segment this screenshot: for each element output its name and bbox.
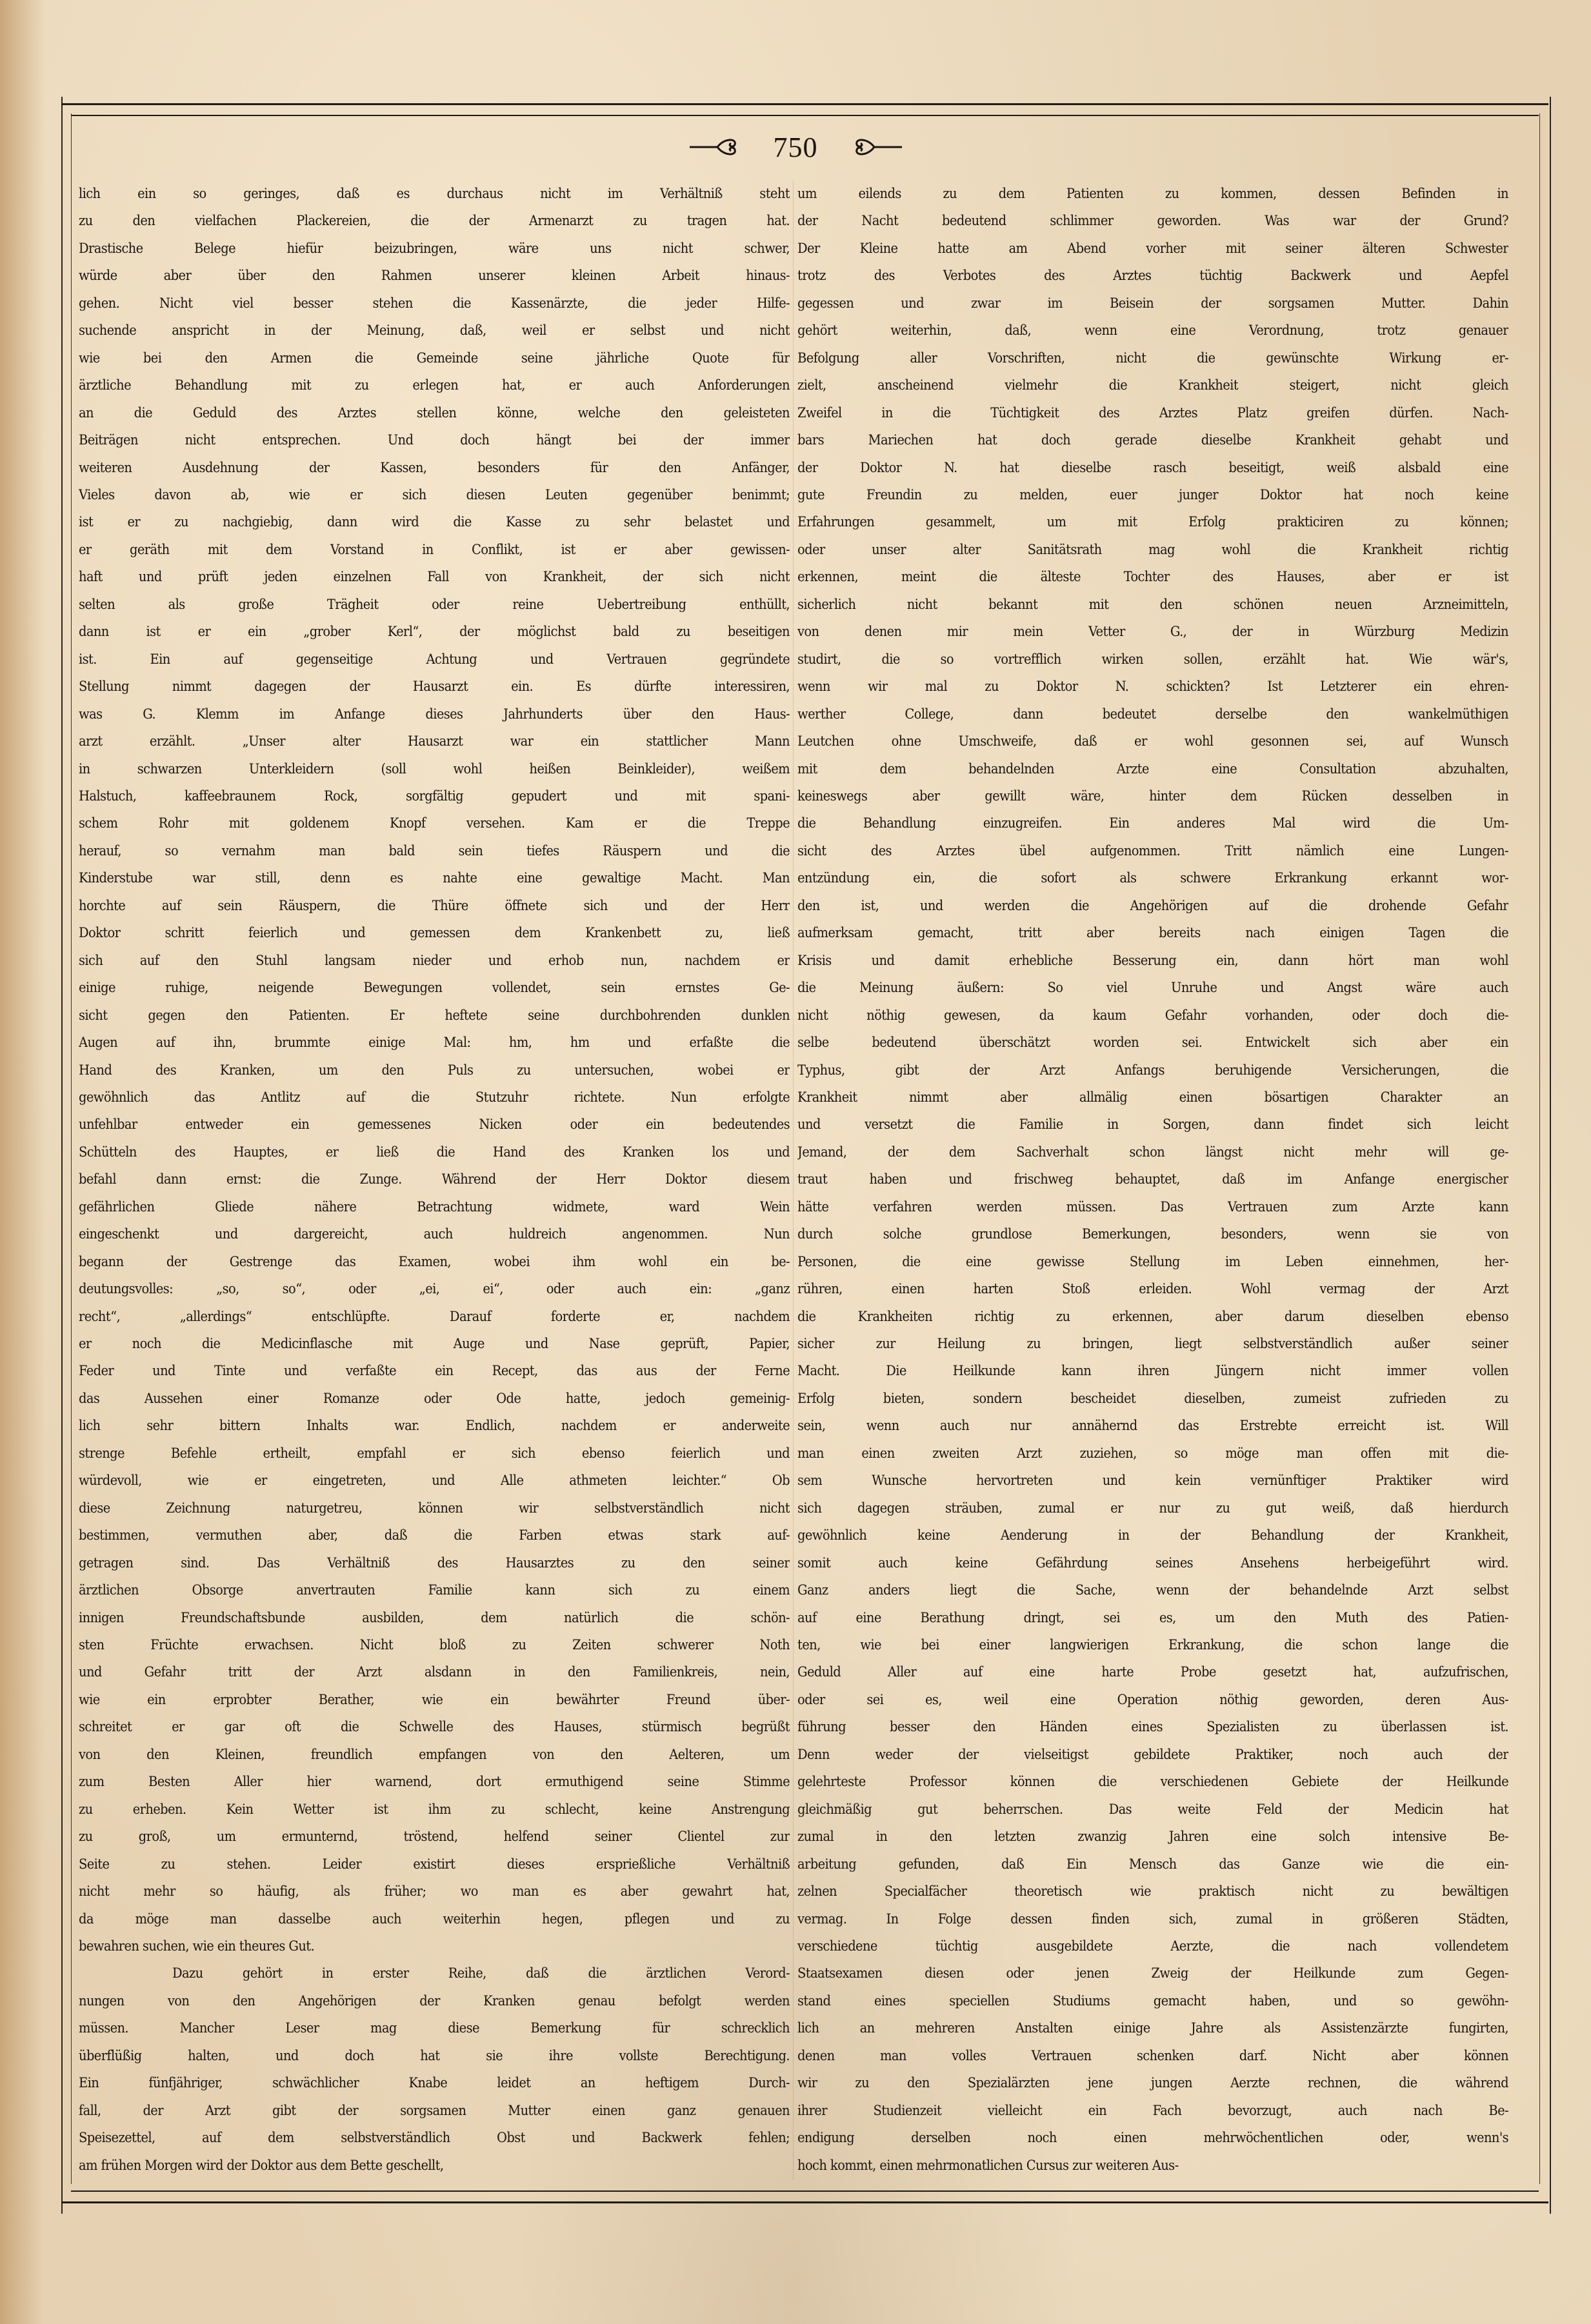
text-line: zu groß, um ermunternd, tröstend, helfen…	[79, 1823, 790, 1851]
text-line: gewöhnlich das Antlitz auf die Stutzuhr …	[79, 1084, 790, 1111]
text-line: und versetzt die Familie in Sorgen, dann…	[797, 1111, 1508, 1138]
text-line: horchte auf sein Räuspern, die Thüre öff…	[79, 893, 790, 920]
text-line: gefährlichen Gliede nähere Betrachtung w…	[79, 1194, 790, 1221]
text-line: studirt, die so vortrefflich wirken soll…	[797, 646, 1508, 673]
text-line: Vieles davon ab, wie er sich diesen Leut…	[79, 482, 790, 509]
text-line: aufmerksam gemacht, tritt aber bereits n…	[797, 920, 1508, 947]
text-line: lich an mehreren Anstalten einige Jahre …	[797, 2015, 1508, 2042]
text-line: Schütteln des Hauptes, er ließ die Hand …	[79, 1139, 790, 1166]
text-line: sem Wunsche hervortreten und kein vernün…	[797, 1467, 1508, 1495]
text-line: gehen. Nicht viel besser stehen die Kass…	[79, 290, 790, 317]
text-line: hätte verfahren werden müssen. Das Vertr…	[797, 1194, 1508, 1221]
text-line: in schwarzen Unterkleidern (soll wohl he…	[79, 756, 790, 783]
text-line: Geduld Aller auf eine harte Probe gesetz…	[797, 1659, 1508, 1686]
text-line: sicht des Arztes übel aufgenommen. Tritt…	[797, 838, 1508, 865]
text-line: überflüßig halten, und doch hat sie ihre…	[79, 2043, 790, 2070]
text-line: entzündung ein, die sofort als schwere E…	[797, 865, 1508, 892]
text-line: lich sehr bittern Inhalts war. Endlich, …	[79, 1413, 790, 1440]
text-column-right: um eilends zu dem Patienten zu kommen, d…	[797, 181, 1508, 2180]
text-line: nicht nöthig gewesen, da kaum Gefahr vor…	[797, 1002, 1508, 1029]
text-line: rühren, einen harten Stoß erleiden. Wohl…	[797, 1276, 1508, 1303]
text-line: von denen mir mein Vetter G., der in Wür…	[797, 619, 1508, 646]
text-line: Krisis und damit erhebliche Besserung ei…	[797, 948, 1508, 975]
text-line: Kinderstube war still, denn es nahte ein…	[79, 865, 790, 892]
text-line: gewöhnlich keine Aenderung in der Behand…	[797, 1522, 1508, 1549]
text-line: Hand des Kranken, um den Puls zu untersu…	[79, 1057, 790, 1084]
text-line: sicher zur Heilung zu bringen, liegt sel…	[797, 1331, 1508, 1358]
page-header: 750	[0, 128, 1591, 166]
text-line: am frühen Morgen wird der Doktor aus dem…	[79, 2152, 790, 2180]
text-line: verschiedene tüchtig ausgebildete Aerzte…	[797, 1933, 1508, 1960]
text-line: zumal in den letzten zwanzig Jahren eine…	[797, 1823, 1508, 1851]
fleuron-left-icon	[688, 134, 746, 160]
text-line: sich auf den Stuhl langsam nieder und er…	[79, 948, 790, 975]
text-line: der Nacht bedeutend schlimmer geworden. …	[797, 208, 1508, 235]
text-line: recht“, „allerdings“ entschlüpfte. Darau…	[79, 1304, 790, 1331]
top-rule-outer	[61, 103, 1548, 105]
text-line: an die Geduld des Arztes stellen könne, …	[79, 400, 790, 427]
text-line: wie ein erprobter Berather, wie ein bewä…	[79, 1687, 790, 1714]
text-line: zum Besten Aller hier warnend, dort ermu…	[79, 1769, 790, 1796]
text-line: vermag. In Folge dessen finden sich, zum…	[797, 1906, 1508, 1933]
text-line: ärztlichen Obsorge anvertrauten Familie …	[79, 1577, 790, 1604]
text-line: um eilends zu dem Patienten zu kommen, d…	[797, 181, 1508, 208]
text-line: traut haben und frischweg behauptet, daß…	[797, 1166, 1508, 1193]
text-line: unfehlbar entweder ein gemessenes Nicken…	[79, 1111, 790, 1138]
text-line: endigung derselben noch einen mehrwöchen…	[797, 2125, 1508, 2152]
text-line: Doktor schritt feierlich und gemessen de…	[79, 920, 790, 947]
text-line: Ganz anders liegt die Sache, wenn der be…	[797, 1577, 1508, 1604]
text-line: Jemand, der dem Sachverhalt schon längst…	[797, 1139, 1508, 1166]
text-line: selbe bedeutend überschätzt worden sei. …	[797, 1029, 1508, 1057]
text-line: gehört weiterhin, daß, wenn eine Verordn…	[797, 317, 1508, 344]
text-line: und Gefahr tritt der Arzt alsdann in den…	[79, 1659, 790, 1686]
text-line: von den Kleinen, freundlich empfangen vo…	[79, 1742, 790, 1769]
text-line: Krankheit nimmt aber allmälig einen bösa…	[797, 1084, 1508, 1111]
text-line: zu den vielfachen Plackereien, die der A…	[79, 208, 790, 235]
text-line: oder unser alter Sanitätsrath mag wohl d…	[797, 537, 1508, 564]
text-line: trotz des Verbotes des Arztes tüchtig Ba…	[797, 263, 1508, 290]
text-line: durch solche grundlose Bemerkungen, beso…	[797, 1221, 1508, 1248]
text-line: schreitet er gar oft die Schwelle des Ha…	[79, 1714, 790, 1741]
text-line: nicht mehr so häufig, als früher; wo man…	[79, 1878, 790, 1905]
text-line: arzt erzählt. „Unser alter Hausarzt war …	[79, 728, 790, 755]
text-line: Drastische Belege hiefür beizubringen, w…	[79, 235, 790, 263]
text-line: Denn weder der vielseitigst gebildete Pr…	[797, 1742, 1508, 1769]
text-line: gegessen und zwar im Beisein der sorgsam…	[797, 290, 1508, 317]
text-line: der Doktor N. hat dieselbe rasch beseiti…	[797, 455, 1508, 482]
text-line: würdevoll, wie er eingetreten, und Alle …	[79, 1467, 790, 1495]
text-line: lich ein so geringes, daß es durchaus ni…	[79, 181, 790, 208]
text-line: was G. Klemm im Anfange dieses Jahrhunde…	[79, 701, 790, 728]
text-line: er noch die Medicinflasche mit Auge und …	[79, 1331, 790, 1358]
text-line: somit auch keine Gefährdung seines Anseh…	[797, 1550, 1508, 1577]
text-line: Speisezettel, auf dem selbstverständlich…	[79, 2125, 790, 2152]
text-line: keineswegs aber gewillt wäre, hinter dem…	[797, 783, 1508, 810]
text-line: die Krankheiten richtig zu erkennen, abe…	[797, 1304, 1508, 1331]
text-line: da möge man dasselbe auch weiterhin hege…	[79, 1906, 790, 1933]
text-line: Leutchen ohne Umschweife, daß er wohl ge…	[797, 728, 1508, 755]
text-line: das Aussehen einer Romanze oder Ode hatt…	[79, 1385, 790, 1413]
text-line: Seite zu stehen. Leider existirt dieses …	[79, 1851, 790, 1878]
text-line: führung besser den Händen eines Speziali…	[797, 1714, 1508, 1741]
text-line: Feder und Tinte und verfaßte ein Recept,…	[79, 1358, 790, 1385]
text-line: arbeitung gefunden, daß Ein Mensch das G…	[797, 1851, 1508, 1878]
text-line: wie bei den Armen die Gemeinde seine jäh…	[79, 345, 790, 372]
bottom-rule-inner	[71, 2190, 1539, 2192]
text-line: die Behandlung einzugreifen. Ein anderes…	[797, 810, 1508, 837]
text-line: Stellung nimmt dagegen der Hausarzt ein.…	[79, 673, 790, 700]
text-line: ihrer Studienzeit vielleicht ein Fach be…	[797, 2098, 1508, 2125]
text-line: ist er zu nachgiebig, dann wird die Kass…	[79, 509, 790, 536]
text-line: fall, der Arzt gibt der sorgsamen Mutter…	[79, 2098, 790, 2125]
text-line: strenge Befehle ertheilt, empfahl er sic…	[79, 1440, 790, 1467]
text-line: dann ist er ein „grober Kerl“, der mögli…	[79, 619, 790, 646]
text-line: denen man volles Vertrauen schenken darf…	[797, 2043, 1508, 2070]
text-line: die Meinung äußern: So viel Unruhe und A…	[797, 975, 1508, 1002]
text-line: würde aber über den Rahmen unserer klein…	[79, 263, 790, 290]
column-divider	[793, 181, 794, 2180]
text-line: wenn wir mal zu Doktor N. schickten? Ist…	[797, 673, 1508, 700]
text-line: Staatsexamen diesen oder jenen Zweig der…	[797, 1960, 1508, 1987]
text-line: Erfahrungen gesammelt, um mit Erfolg pra…	[797, 509, 1508, 536]
text-line: haft und prüft jeden einzelnen Fall von …	[79, 564, 790, 591]
text-line: werther College, dann bedeutet derselbe …	[797, 701, 1508, 728]
text-line: sich dagegen sträuben, zumal er nur zu g…	[797, 1495, 1508, 1522]
text-line: ten, wie bei einer langwierigen Erkranku…	[797, 1632, 1508, 1659]
text-line: einige ruhige, neigende Bewegungen volle…	[79, 975, 790, 1002]
fleuron-right-icon	[845, 134, 903, 160]
text-line: sein, wenn auch nur annähernd das Erstre…	[797, 1413, 1508, 1440]
text-line: zelnen Specialfächer theoretisch wie pra…	[797, 1878, 1508, 1905]
text-line: innigen Freundschaftsbunde ausbilden, de…	[79, 1605, 790, 1632]
text-line: den ist, und werden die Angehörigen auf …	[797, 893, 1508, 920]
text-line: bewahren suchen, wie ein theures Gut.	[79, 1933, 790, 1960]
text-line: Erfolg bieten, sondern bescheidet diesel…	[797, 1385, 1508, 1413]
bottom-rule-outer	[61, 2201, 1548, 2203]
top-rule-inner	[71, 115, 1539, 116]
text-line: schem Rohr mit goldenem Knopf versehen. …	[79, 810, 790, 837]
text-line: gleichmäßig gut beherrschen. Das weite F…	[797, 1796, 1508, 1823]
text-line: er geräth mit dem Vorstand in Conflikt, …	[79, 537, 790, 564]
text-line: mit dem behandelnden Arzte eine Consulta…	[797, 756, 1508, 783]
text-line: Macht. Die Heilkunde kann ihren Jüngern …	[797, 1358, 1508, 1385]
paper-edge-shadow	[0, 0, 45, 2324]
text-line: Beiträgen nicht entsprechen. Und doch hä…	[79, 427, 790, 454]
text-line: erkennen, meint die älteste Tochter des …	[797, 564, 1508, 591]
text-line: sicht gegen den Patienten. Er heftete se…	[79, 1002, 790, 1029]
text-line: herauf, so vernahm man bald sein tiefes …	[79, 838, 790, 865]
text-line: man einen zweiten Arzt zuziehen, so möge…	[797, 1440, 1508, 1467]
text-line: bestimmen, vermuthen aber, daß die Farbe…	[79, 1522, 790, 1549]
text-line: müssen. Mancher Leser mag diese Bemerkun…	[79, 2015, 790, 2042]
text-line: zielt, anscheinend vielmehr die Krankhei…	[797, 372, 1508, 399]
text-line: ist. Ein auf gegenseitige Achtung und Ve…	[79, 646, 790, 673]
text-line: bars Mariechen hat doch gerade dieselbe …	[797, 427, 1508, 454]
text-line: oder sei es, weil eine Operation nöthig …	[797, 1687, 1508, 1714]
text-line: diese Zeichnung naturgetreu, können wir …	[79, 1495, 790, 1522]
page-number: 750	[774, 131, 818, 164]
text-line: getragen sind. Das Verhältniß des Hausar…	[79, 1550, 790, 1577]
text-line: Personen, die eine gewisse Stellung im L…	[797, 1249, 1508, 1276]
text-line: Ein fünfjähriger, schwächlicher Knabe le…	[79, 2070, 790, 2097]
text-line: Typhus, gibt der Arzt Anfangs beruhigend…	[797, 1057, 1508, 1084]
text-line: hoch kommt, einen mehrmonatlichen Cursus…	[797, 2152, 1508, 2180]
text-line: sten Früchte erwachsen. Nicht bloß zu Ze…	[79, 1632, 790, 1659]
text-line: auf eine Berathung dringt, sei es, um de…	[797, 1605, 1508, 1632]
text-line: eingeschenkt und dargereicht, auch huldr…	[79, 1221, 790, 1248]
text-line: weiteren Ausdehnung der Kassen, besonder…	[79, 455, 790, 482]
text-column-left: lich ein so geringes, daß es durchaus ni…	[79, 181, 790, 2180]
text-line: deutungsvolles: „so, so“, oder „ei, ei“,…	[79, 1276, 790, 1303]
text-line: zu erheben. Kein Wetter ist ihm zu schle…	[79, 1796, 790, 1823]
text-line: begann der Gestrenge das Examen, wobei i…	[79, 1249, 790, 1276]
text-line: Halstuch, kaffeebraunem Rock, sorgfältig…	[79, 783, 790, 810]
text-line: gute Freundin zu melden, euer junger Dok…	[797, 482, 1508, 509]
text-line: befahl dann ernst: die Zunge. Während de…	[79, 1166, 790, 1193]
text-line: selten als große Trägheit oder reine Ueb…	[79, 591, 790, 619]
text-line: nungen von den Angehörigen der Kranken g…	[79, 1988, 790, 2015]
text-line: suchende anspricht in der Meinung, daß, …	[79, 317, 790, 344]
text-line: ärztliche Behandlung mit zu erlegen hat,…	[79, 372, 790, 399]
text-line: Der Kleine hatte am Abend vorher mit sei…	[797, 235, 1508, 263]
text-line: Befolgung aller Vorschriften, nicht die …	[797, 345, 1508, 372]
text-line: Zweifel in die Tüchtigkeit des Arztes Pl…	[797, 400, 1508, 427]
text-line: gelehrteste Professor können die verschi…	[797, 1769, 1508, 1796]
text-line: stand eines speciellen Studiums gemacht …	[797, 1988, 1508, 2015]
text-line: wir zu den Spezialärzten jene jungen Aer…	[797, 2070, 1508, 2097]
text-line: Dazu gehört in erster Reihe, daß die ärz…	[79, 1960, 790, 1987]
text-line: Augen auf ihn, brummte einige Mal: hm, h…	[79, 1029, 790, 1057]
text-line: sicherlich nicht bekannt mit den schönen…	[797, 591, 1508, 619]
